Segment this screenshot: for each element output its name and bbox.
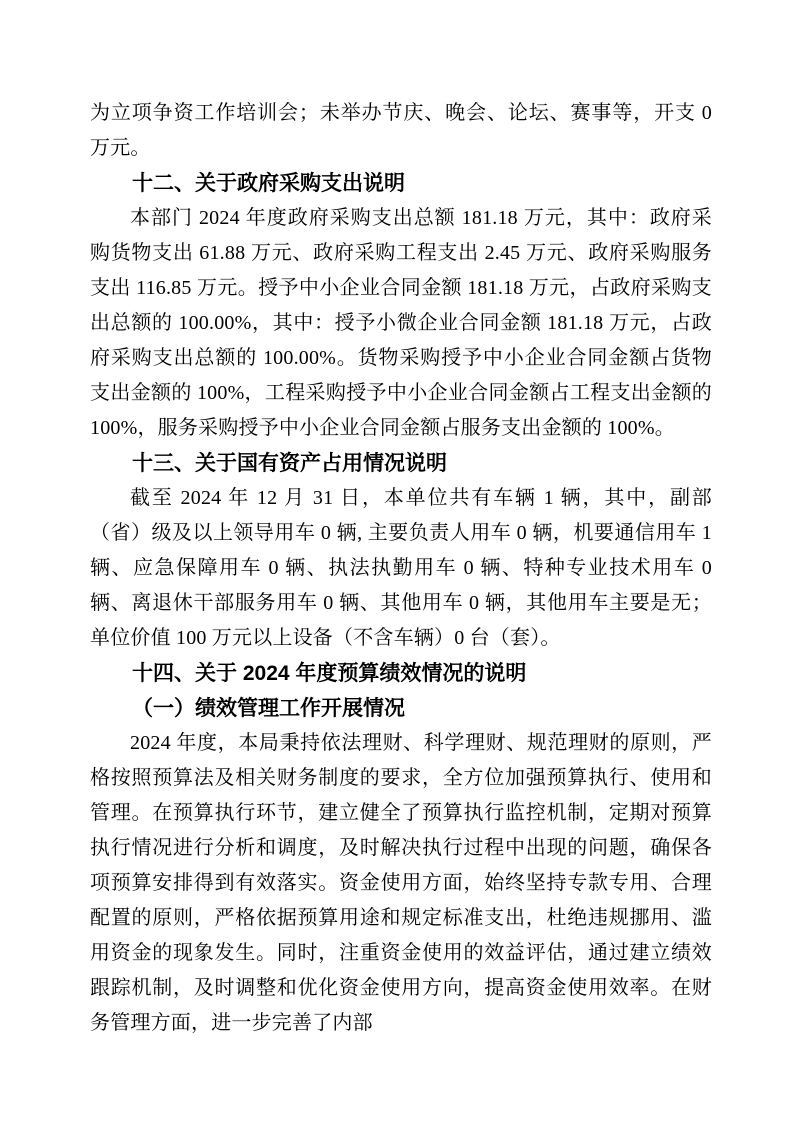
section-heading-13-state-assets: 十三、关于国有资产占用情况说明 [90, 446, 712, 481]
paragraph-vehicle-assets-details: 截至 2024 年 12 月 31 日，本单位共有车辆 1 辆，其中，副部（省）… [90, 481, 712, 656]
subsection-heading-performance-management: （一）绩效管理工作开展情况 [90, 691, 712, 726]
section-heading-12-government-procurement: 十二、关于政府采购支出说明 [90, 166, 712, 201]
paragraph-performance-management-details: 2024 年度，本局秉持依法理财、科学理财、规范理财的原则，严格按照预算法及相关… [90, 726, 712, 1041]
section-heading-14-budget-performance: 十四、关于 2024 年度预算绩效情况的说明 [90, 656, 712, 691]
paragraph-procurement-details: 本部门 2024 年度政府采购支出总额 181.18 万元，其中：政府采购货物支… [90, 201, 712, 446]
paragraph-continuation-expense: 为立项争资工作培训会；未举办节庆、晚会、论坛、赛事等，开支 0 万元。 [90, 96, 712, 166]
document-body: 为立项争资工作培训会；未举办节庆、晚会、论坛、赛事等，开支 0 万元。 十二、关… [90, 96, 712, 1041]
document-page: 为立项争资工作培训会；未举办节庆、晚会、论坛、赛事等，开支 0 万元。 十二、关… [0, 0, 793, 1122]
